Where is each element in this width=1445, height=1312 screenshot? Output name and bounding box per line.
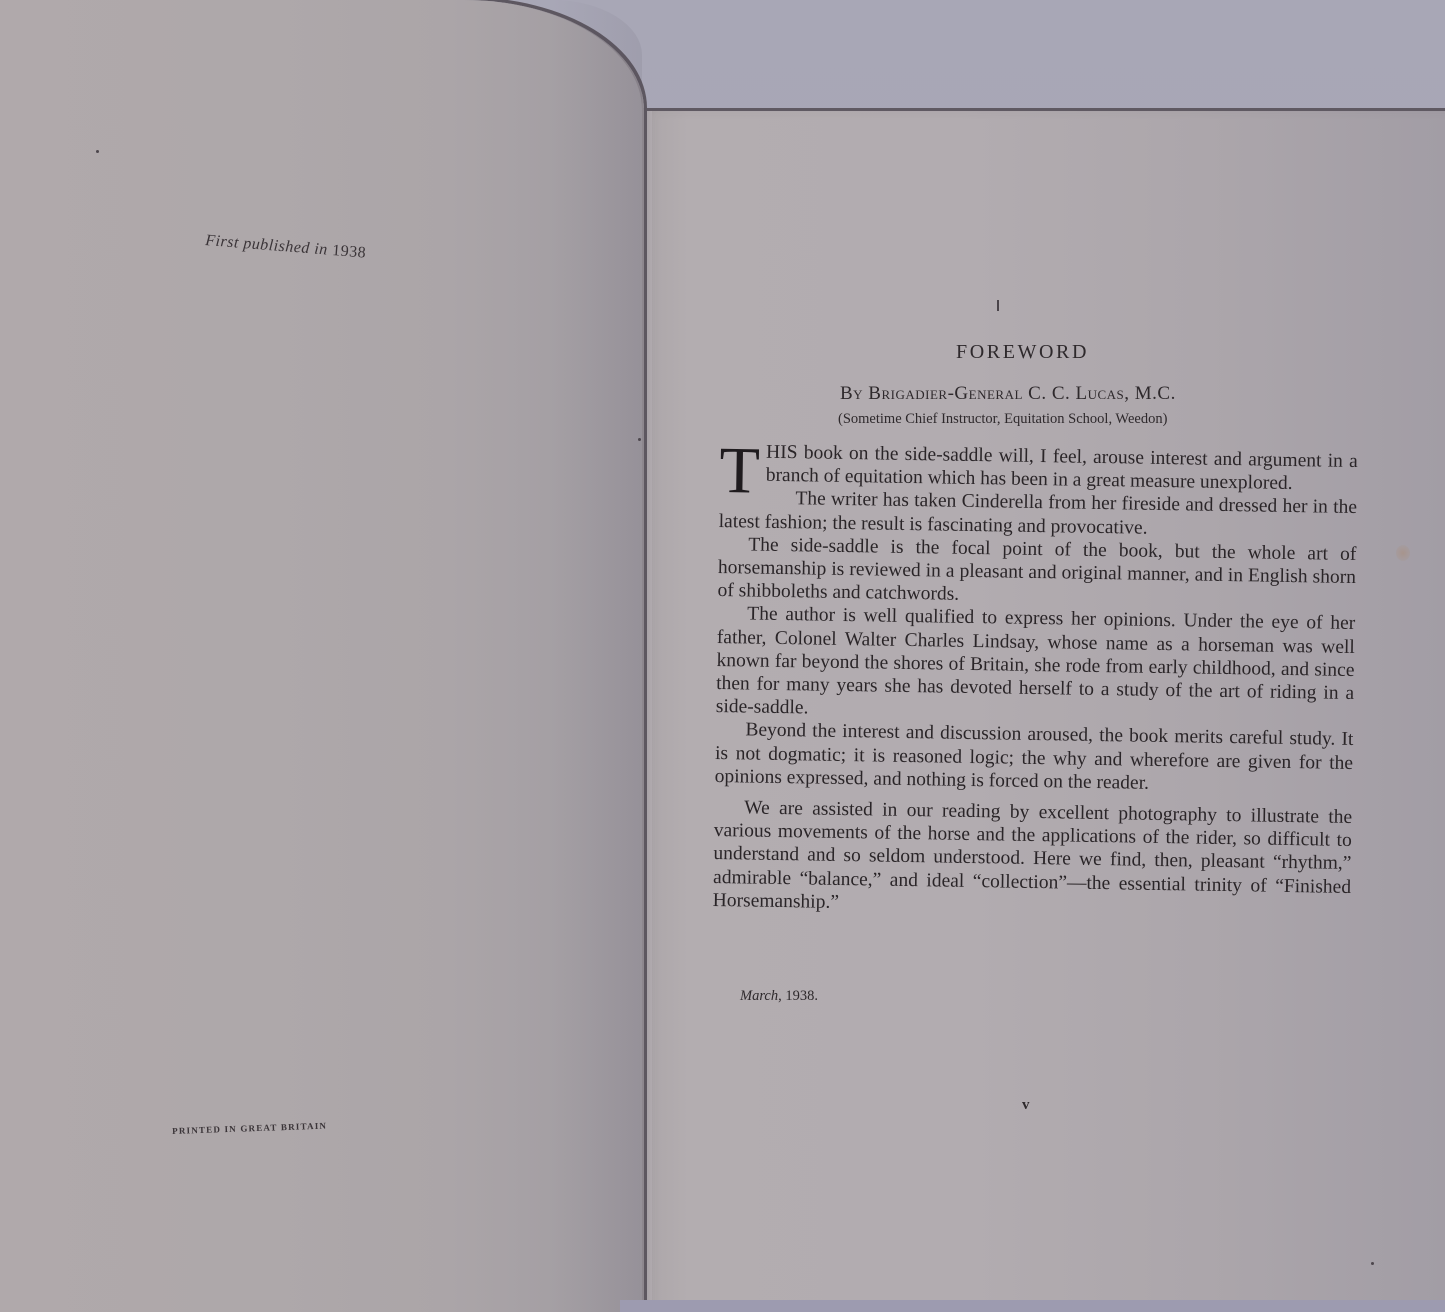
first-published-year: 1938	[332, 242, 367, 262]
author-affiliation: (Sometime Chief Instructor, Equitation S…	[838, 411, 1167, 428]
date-month: March	[740, 988, 778, 1004]
author-byline: By Brigadier-General C. C. Lucas, M.C.	[840, 383, 1176, 405]
paper-stain	[1396, 545, 1410, 561]
foreword-date: March, 1938.	[740, 988, 818, 1005]
printer-tick-mark	[997, 300, 999, 311]
paper-speck	[638, 438, 641, 441]
page-curl-shadow	[552, 0, 642, 1312]
paragraph: We are assisted in our reading by excell…	[713, 796, 1353, 922]
foreword-body: THIS book on the side-saddle will, I fee…	[713, 440, 1358, 922]
paragraph-text: HIS book on the side-saddle will, I feel…	[766, 442, 1358, 494]
page-title: FOREWORD	[956, 341, 1089, 364]
paragraph: The author is well qualified to express …	[716, 602, 1356, 728]
paragraph: Beyond the interest and discussion arous…	[715, 718, 1354, 798]
drop-cap: T	[719, 446, 760, 497]
paper-speck	[1371, 1262, 1374, 1265]
page-number: v	[1022, 1097, 1030, 1114]
date-rest: , 1938.	[778, 988, 818, 1004]
table-surface-bottom	[620, 1300, 1445, 1312]
paper-speck	[96, 150, 99, 153]
paragraph: The side-saddle is the focal point of th…	[717, 533, 1356, 613]
left-page	[0, 0, 644, 1312]
